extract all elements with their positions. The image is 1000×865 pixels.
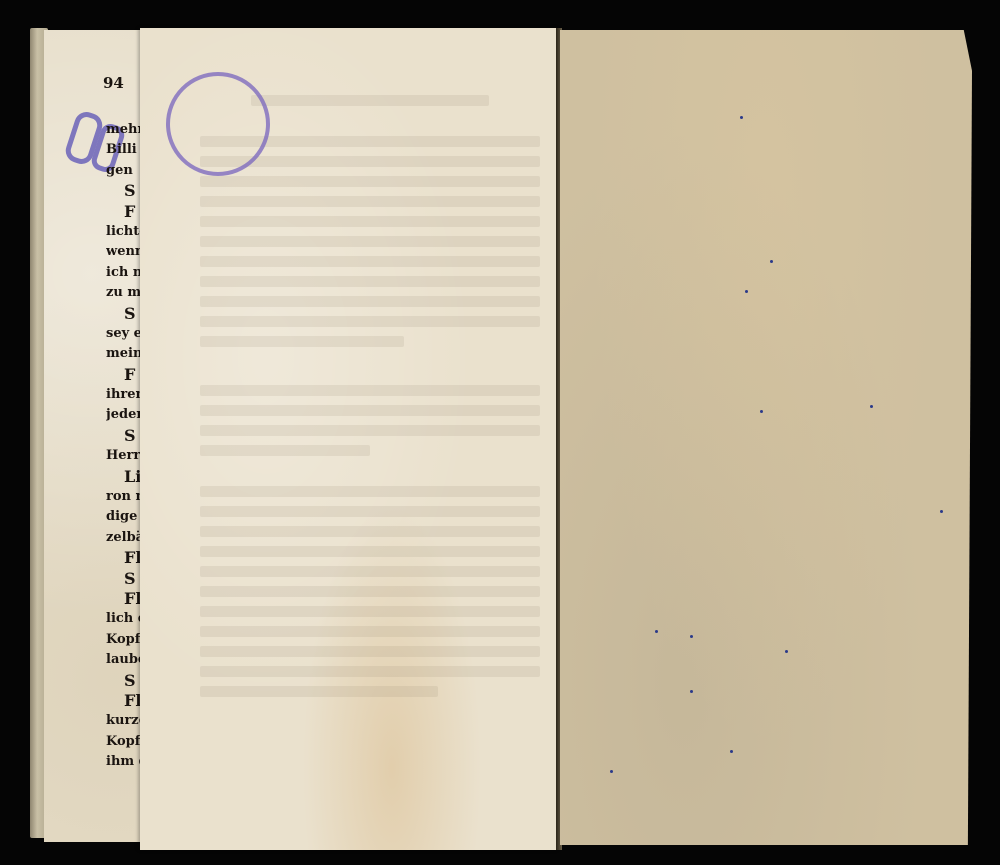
ink-speck	[730, 750, 733, 753]
ink-speck	[770, 260, 773, 263]
ink-speck	[690, 690, 693, 693]
ink-speck	[610, 770, 613, 773]
ink-speck	[690, 635, 693, 638]
ink-speck	[655, 630, 658, 633]
page-number: 94	[103, 74, 124, 92]
right-blank-page	[560, 30, 972, 845]
ink-speck	[870, 405, 873, 408]
stamp-text	[183, 92, 247, 148]
ink-speck	[740, 116, 743, 119]
ink-speck	[940, 510, 943, 513]
ink-speck	[760, 410, 763, 413]
bleed-through-text	[200, 95, 540, 706]
ink-speck	[785, 650, 788, 653]
ink-speck	[745, 290, 748, 293]
